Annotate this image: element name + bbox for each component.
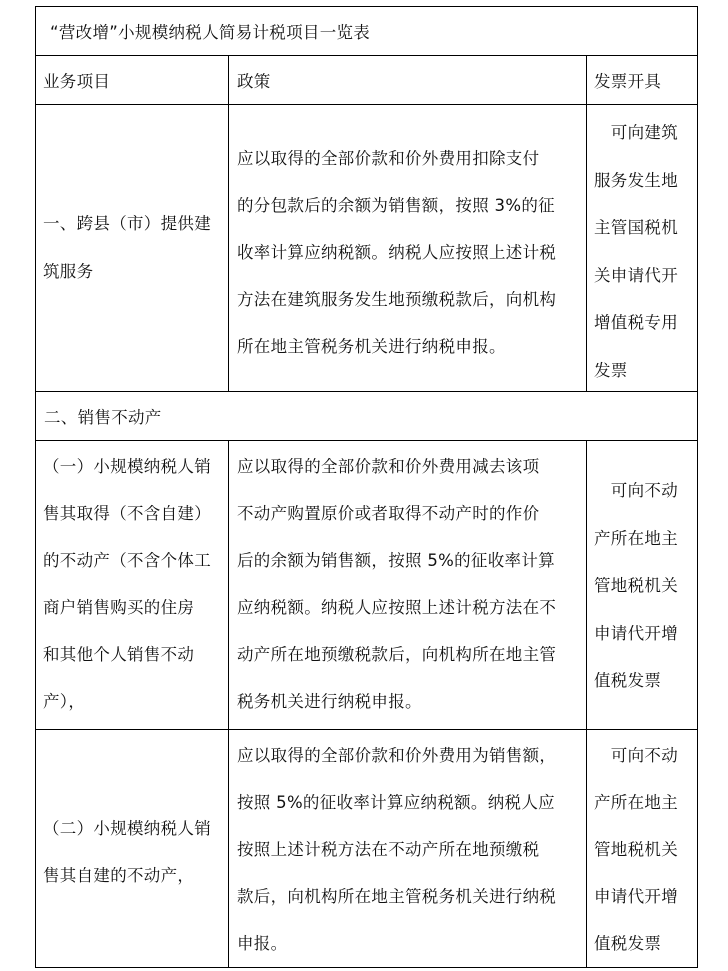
cell-line: 产所在地主 — [594, 779, 691, 826]
cell-line: 不动产购置原价或者取得不动产时的作价 — [237, 490, 580, 537]
cell-line: 动产所在地预缴税款后，向机构所在地主管 — [237, 631, 580, 678]
cell-line: 关申请代开 — [594, 252, 691, 300]
cell-line: 可向不动 — [594, 467, 691, 515]
table-row: （一）小规模纳税人销 售其取得（不含自建） 的不动产（不含个体工 商户销售购买的… — [35, 440, 698, 729]
cell-line: 申报。 — [237, 920, 580, 967]
cell-line: 应以取得的全部价款和价外费用减去该项 — [237, 443, 580, 490]
cell-line: 可向不动 — [594, 732, 691, 779]
cell-line: 管地税机关 — [594, 826, 691, 873]
cell-line: （一）小规模纳税人销 — [43, 443, 222, 490]
cell-line: 按照 5%的征收率计算应纳税额。纳税人应 — [237, 779, 580, 826]
cell-line: 应以取得的全部价款和价外费用扣除支付 — [237, 135, 580, 182]
header-row: 业务项目 政策 发票开具 — [35, 55, 698, 104]
cell-line: 售其自建的不动产， — [43, 852, 222, 899]
cell-line: 管地税机关 — [594, 562, 691, 610]
cell-line: 商户销售购买的住房 — [43, 584, 222, 631]
business-item-cell: （二）小规模纳税人销 售其自建的不动产， — [36, 730, 229, 967]
cell-line: 值税发票 — [594, 920, 691, 967]
cell-line: 服务发生地 — [594, 157, 691, 205]
cell-line: 售其取得（不含自建） — [43, 490, 222, 537]
cell-line: 应纳税额。纳税人应按照上述计税方法在不 — [237, 584, 580, 631]
cell-line: 和其他个人销售不动 — [43, 631, 222, 678]
cell-line: 值税发票 — [594, 657, 691, 705]
table-row: 一、跨县（市）提供建 筑服务 应以取得的全部价款和价外费用扣除支付 的分包款后的… — [35, 104, 698, 391]
cell-line: 方法在建筑服务发生地预缴税款后，向机构 — [237, 276, 580, 323]
cell-line: 收率计算应纳税额。纳税人应按照上述计税 — [237, 229, 580, 276]
cell-line: 产）， — [43, 678, 222, 725]
cell-line: 后的余额为销售额，按照 5%的征收率计算 — [237, 537, 580, 584]
cell-line: 所在地主管税务机关进行纳税申报。 — [237, 323, 580, 370]
section-row-real-estate: 二、销售不动产 — [35, 391, 698, 440]
policy-cell: 应以取得的全部价款和价外费用为销售额， 按照 5%的征收率计算应纳税额。纳税人应… — [229, 730, 587, 967]
cell-line: 的分包款后的余额为销售额，按照 3%的征 — [237, 182, 580, 229]
cell-line: 款后，向机构所在地主管税务机关进行纳税 — [237, 873, 580, 920]
header-invoice: 发票开具 — [587, 56, 697, 104]
cell-line: 申请代开增 — [594, 873, 691, 920]
policy-cell: 应以取得的全部价款和价外费用扣除支付 的分包款后的余额为销售额，按照 3%的征 … — [229, 105, 587, 391]
table-title-row: “营改增”小规模纳税人简易计税项目一览表 — [35, 6, 698, 55]
cell-line: 增值税专用 — [594, 299, 691, 347]
cell-line: 一、跨县（市）提供建 — [43, 200, 222, 248]
section-label: 二、销售不动产 — [36, 392, 697, 440]
cell-line: 申请代开增 — [594, 610, 691, 658]
cell-line: 发票 — [594, 347, 691, 395]
cell-line: 可向建筑 — [594, 109, 691, 157]
invoice-cell: 可向不动 产所在地主 管地税机关 申请代开增 值税发票 — [587, 730, 697, 967]
cell-line: 筑服务 — [43, 248, 222, 296]
invoice-cell: 可向不动 产所在地主 管地税机关 申请代开增 值税发票 — [587, 441, 697, 729]
policy-cell: 应以取得的全部价款和价外费用减去该项 不动产购置原价或者取得不动产时的作价 后的… — [229, 441, 587, 729]
header-policy: 政策 — [229, 56, 587, 104]
table-title: “营改增”小规模纳税人简易计税项目一览表 — [36, 7, 697, 55]
cell-line: 主管国税机 — [594, 204, 691, 252]
invoice-cell: 可向建筑 服务发生地 主管国税机 关申请代开 增值税专用 发票 — [587, 105, 697, 391]
business-item-cell: （一）小规模纳税人销 售其取得（不含自建） 的不动产（不含个体工 商户销售购买的… — [36, 441, 229, 729]
table-row: （二）小规模纳税人销 售其自建的不动产， 应以取得的全部价款和价外费用为销售额，… — [35, 729, 698, 968]
business-item-cell: 一、跨县（市）提供建 筑服务 — [36, 105, 229, 391]
tax-items-table: “营改增”小规模纳税人简易计税项目一览表 业务项目 政策 发票开具 一、跨县（市… — [35, 6, 698, 968]
cell-line: 应以取得的全部价款和价外费用为销售额， — [237, 732, 580, 779]
cell-line: 产所在地主 — [594, 515, 691, 563]
cell-line: 税务机关进行纳税申报。 — [237, 678, 580, 725]
header-business-item: 业务项目 — [36, 56, 229, 104]
cell-line: （二）小规模纳税人销 — [43, 805, 222, 852]
cell-line: 的不动产（不含个体工 — [43, 537, 222, 584]
cell-line: 按照上述计税方法在不动产所在地预缴税 — [237, 826, 580, 873]
